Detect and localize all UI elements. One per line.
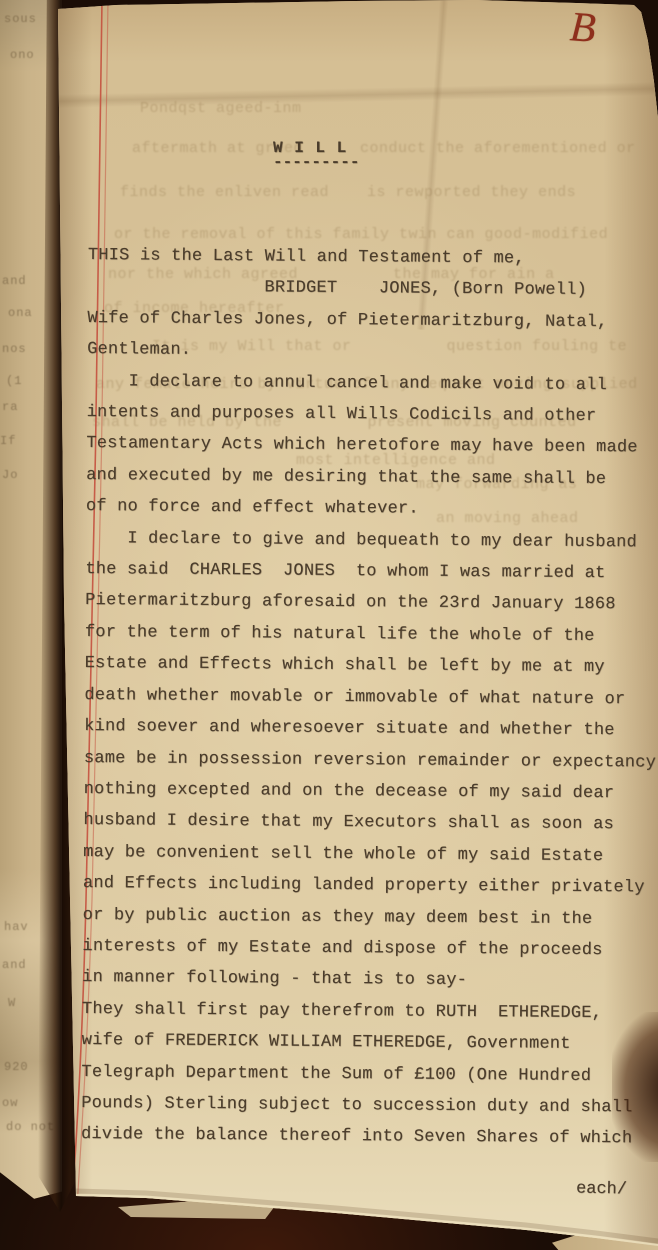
edge-text-fragment: nos	[2, 342, 27, 356]
edge-text-fragment: ono	[10, 48, 35, 62]
typed-line: Wife of Charles Jones, of Pietermaritzbu…	[87, 303, 658, 339]
typed-line: wife of FREDERICK WILLIAM ETHEREDGE, Gov…	[82, 1025, 657, 1061]
edge-text-fragment: If	[0, 434, 16, 448]
typed-line: the said CHARLES JONES to whom I was mar…	[85, 554, 658, 590]
typed-line: THIS is the Last Will and Testament of m…	[88, 240, 658, 276]
title-underline: ---------	[273, 153, 359, 171]
typed-line: Pounds) Sterling subject to succession d…	[81, 1088, 656, 1124]
typed-line: same be in possession reversion remainde…	[84, 742, 658, 778]
folio-letter: B	[568, 3, 597, 53]
typed-line: may be convenient sell the whole of my s…	[83, 837, 658, 873]
typed-line: husband I desire that my Executors shall…	[83, 805, 658, 841]
typed-line: kind soever and wheresoever situate and …	[84, 711, 658, 747]
edge-text-fragment: ra	[2, 400, 18, 414]
typed-line: I declare to give and bequeath to my dea…	[86, 523, 658, 559]
ink-stain	[612, 1012, 658, 1162]
edge-text-fragment: ow	[2, 1096, 18, 1110]
typed-line: Pietermaritzburg aforesaid on the 23rd J…	[85, 585, 658, 621]
bleed-through-line: finds the enliven read is rewported they…	[120, 184, 576, 201]
typed-line: Gentleman.	[87, 334, 658, 370]
typed-line: Testamentary Acts which heretofore may h…	[86, 428, 658, 464]
edge-text-fragment: hav	[4, 920, 29, 934]
will-body-text: THIS is the Last Will and Testament of m…	[81, 240, 658, 1155]
scanned-will-photo: sousonoandonanos(1raIfJohavandW920owdo n…	[0, 0, 658, 1250]
typed-line: of no force and effect whatever.	[86, 491, 658, 527]
catchword: each/	[576, 1180, 627, 1200]
typed-line: and Effects including landed property ei…	[83, 868, 658, 904]
typed-line: death whether movable or immovable of wh…	[84, 680, 658, 716]
edge-text-fragment: Jo	[2, 468, 18, 482]
edge-text-fragment: and	[2, 958, 27, 972]
edge-text-fragment: and	[2, 274, 27, 288]
edge-text-fragment: 920	[4, 1060, 29, 1074]
edge-text-fragment: sous	[4, 12, 37, 26]
typed-line: and executed by me desiring that the sam…	[86, 460, 658, 496]
typed-line: interests of my Estate and dispose of th…	[82, 931, 657, 967]
edge-text-fragment: ona	[8, 306, 33, 320]
bleed-through-line: Pondqst ageed-inm	[140, 100, 302, 117]
typed-line: Estate and Effects which shall be left b…	[85, 648, 658, 684]
typed-line: divide the balance thereof into Seven Sh…	[81, 1119, 656, 1155]
typed-line: Telegraph Department the Sum of £100 (On…	[81, 1057, 656, 1093]
edge-text-fragment: (1	[6, 374, 22, 388]
typed-line: nothing excepted and on the decease of m…	[84, 774, 658, 810]
bleed-through-line: aftermath at greed conduct the aforement…	[132, 140, 636, 157]
typed-line: for the term of his natural life the who…	[85, 617, 658, 653]
typed-line: intents and purposes all Wills Codicils …	[87, 397, 658, 433]
typed-line: BRIDGET JONES, (Born Powell)	[88, 271, 658, 307]
edge-text-fragment: W	[8, 996, 16, 1010]
typed-line: I declare to annul cancel and make void …	[87, 366, 658, 402]
typed-line: in manner following - that is to say-	[82, 962, 657, 998]
will-document-page: Pondqst ageed-inmaftermath at greed cond…	[56, 0, 658, 1250]
typed-line: or by public auction as they may deem be…	[83, 900, 658, 936]
typed-line: They shall first pay therefrom to RUTH E…	[82, 994, 657, 1030]
